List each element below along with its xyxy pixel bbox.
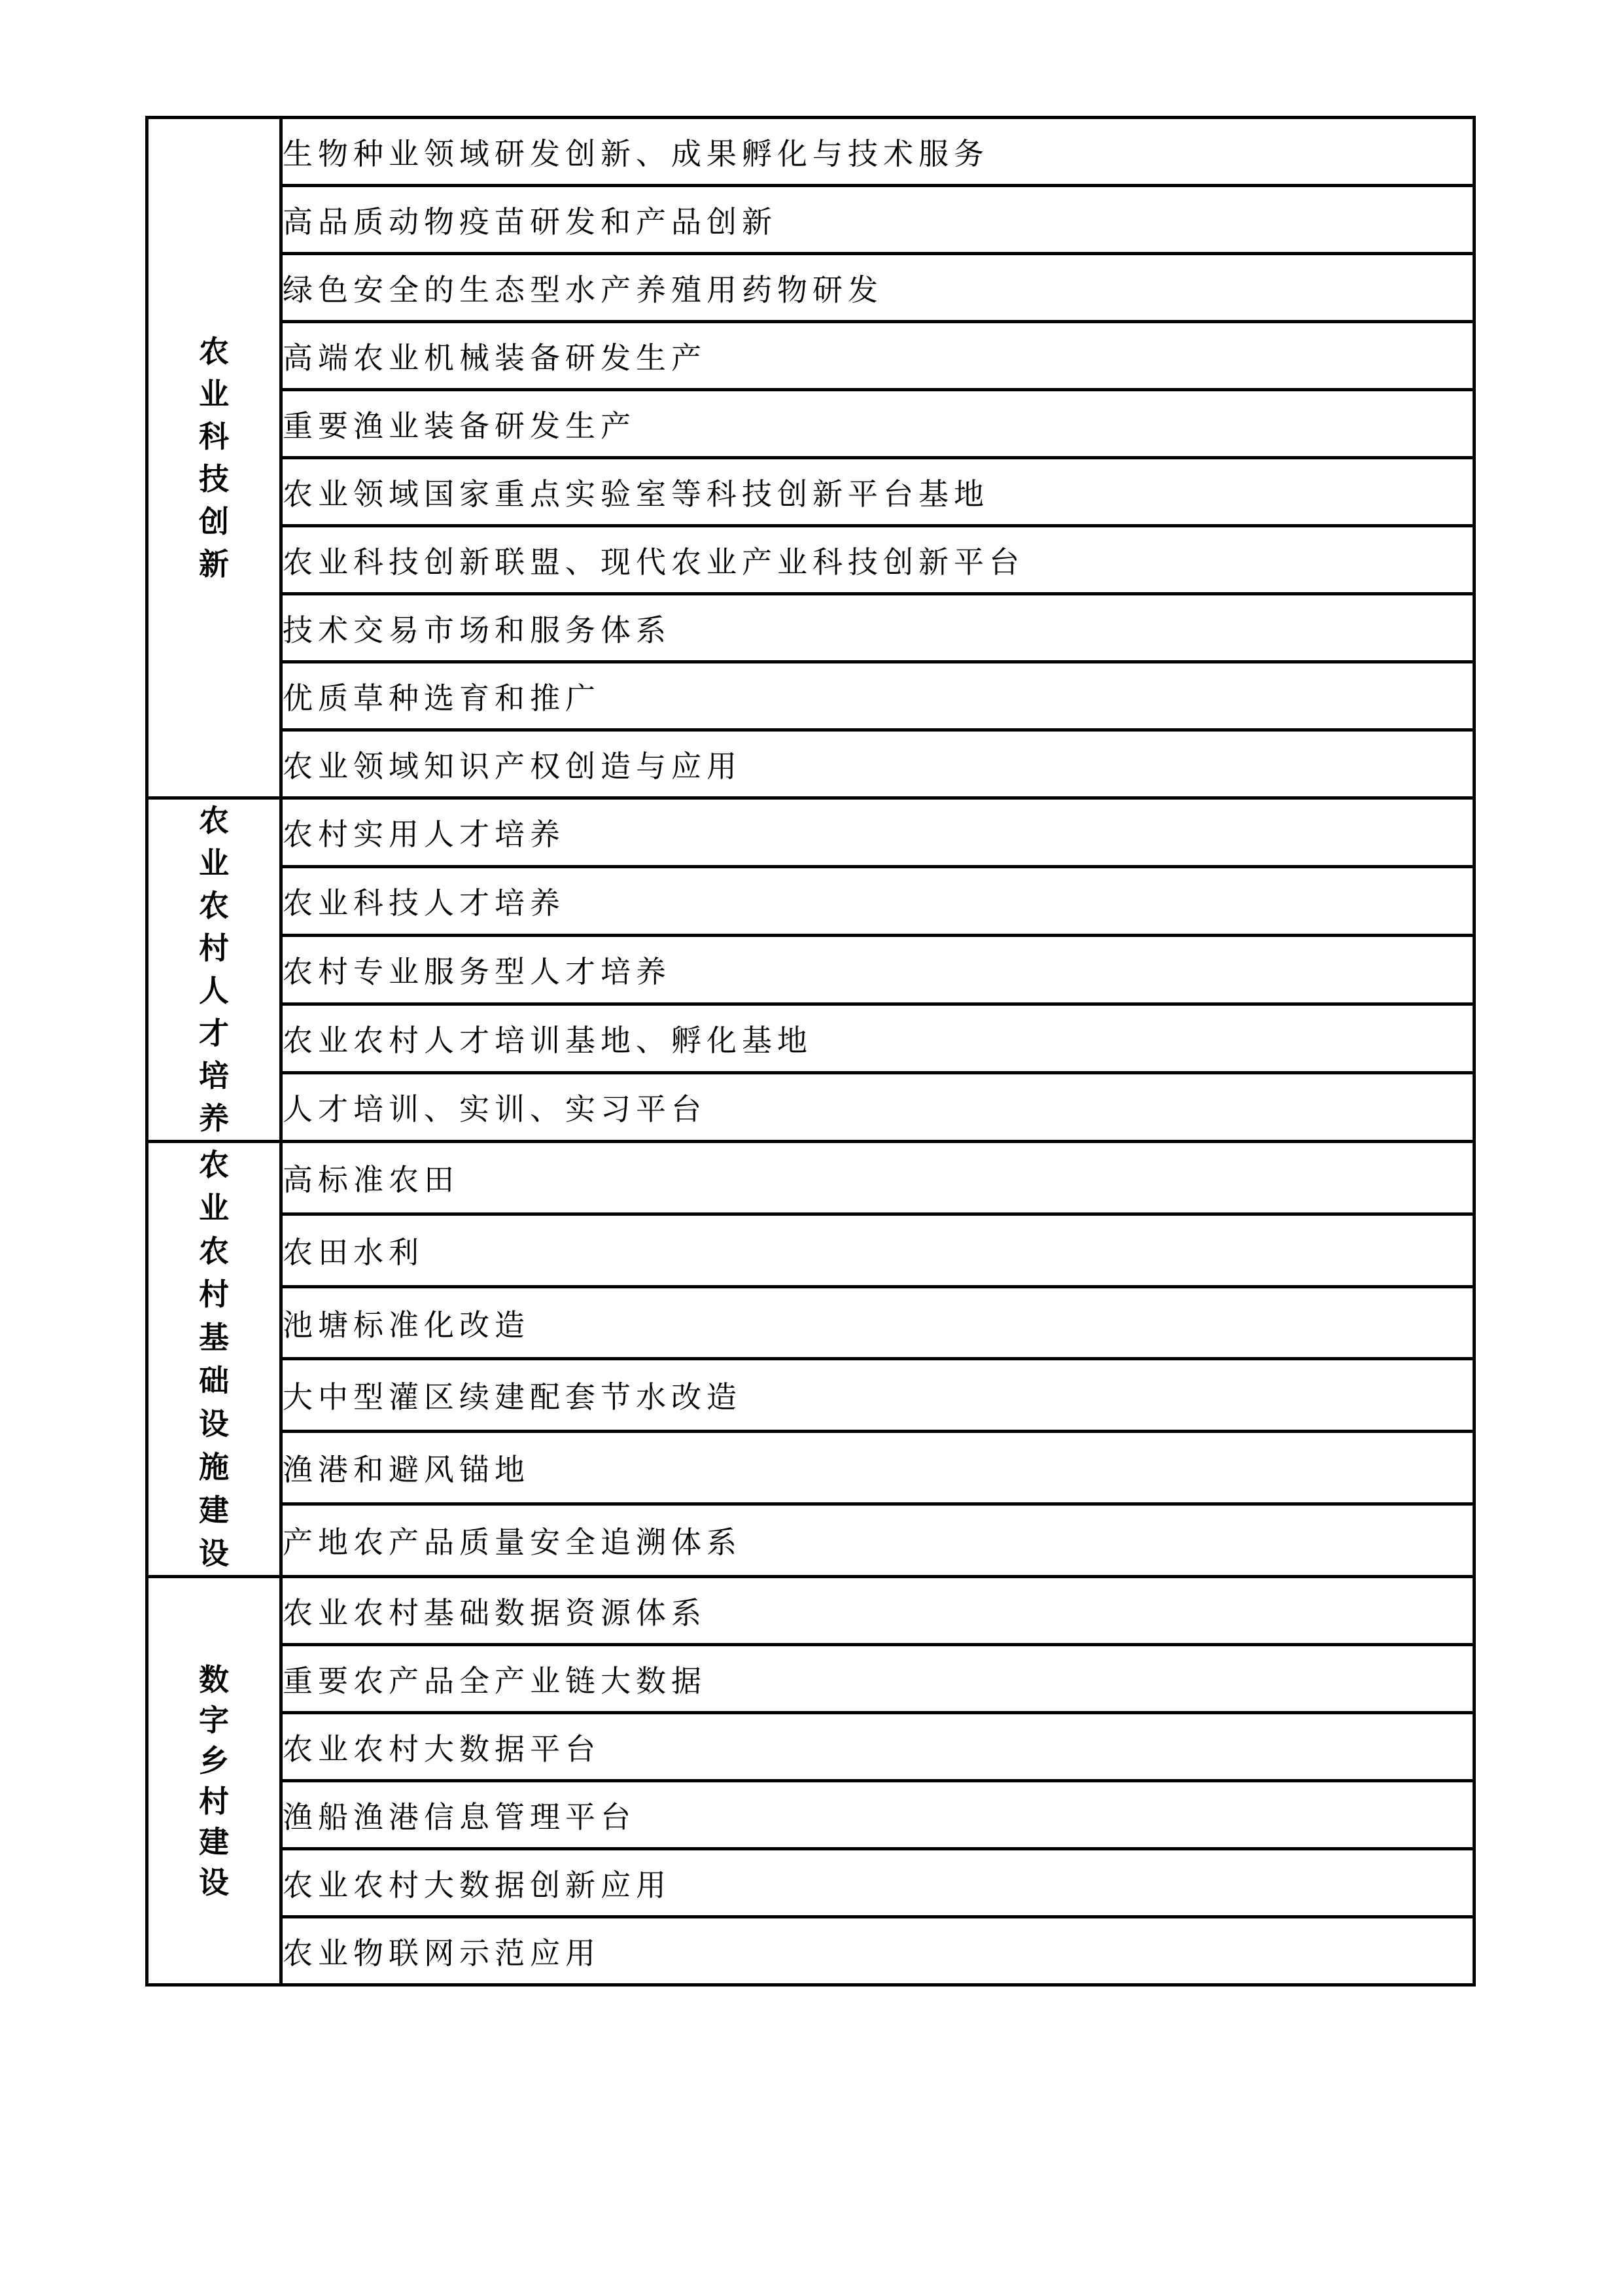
table-row: 农业农村人才培训基地、孵化基地 [147,1004,1475,1073]
item-cell: 大中型灌区续建配套节水改造 [281,1359,1475,1432]
category-label: 农业农村人才培养 [194,800,234,1140]
document-page: 农业科技创新生物种业领域研发创新、成果孵化与技术服务高品质动物疫苗研发和产品创新… [0,0,1623,2296]
item-cell: 农业科技人才培养 [281,867,1475,936]
item-cell: 人才培训、实训、实习平台 [281,1073,1475,1142]
category-cell: 数字乡村建设 [147,1577,281,1985]
table-row: 农村专业服务型人才培养 [147,936,1475,1004]
table-row: 高品质动物疫苗研发和产品创新 [147,186,1475,254]
table-row: 技术交易市场和服务体系 [147,594,1475,662]
category-label: 农业农村基础设施建设 [194,1143,234,1575]
item-cell: 农业农村大数据创新应用 [281,1849,1475,1917]
table-row: 农业科技人才培养 [147,867,1475,936]
table-row: 农业科技创新生物种业领域研发创新、成果孵化与技术服务 [147,118,1475,186]
table-row: 农业农村基础设施建设高标准农田 [147,1142,1475,1214]
table-row: 农田水利 [147,1214,1475,1286]
item-cell: 农业领域国家重点实验室等科技创新平台基地 [281,458,1475,526]
table-row: 高端农业机械装备研发生产 [147,322,1475,390]
table-row: 农业科技创新联盟、现代农业产业科技创新平台 [147,526,1475,594]
table-row: 人才培训、实训、实习平台 [147,1073,1475,1142]
item-cell: 高标准农田 [281,1142,1475,1214]
table-row: 数字乡村建设农业农村基础数据资源体系 [147,1577,1475,1645]
table-row: 池塘标准化改造 [147,1286,1475,1359]
item-cell: 高品质动物疫苗研发和产品创新 [281,186,1475,254]
table-row: 渔船渔港信息管理平台 [147,1781,1475,1849]
item-cell: 农业农村大数据平台 [281,1713,1475,1781]
table-row: 农业农村人才培养农村实用人才培养 [147,798,1475,867]
table-row: 农业物联网示范应用 [147,1917,1475,1985]
table-row: 渔港和避风锚地 [147,1432,1475,1504]
category-cell: 农业农村人才培养 [147,798,281,1142]
item-cell: 农业物联网示范应用 [281,1917,1475,1985]
item-cell: 绿色安全的生态型水产养殖用药物研发 [281,254,1475,322]
item-cell: 农村专业服务型人才培养 [281,936,1475,1004]
item-cell: 优质草种选育和推广 [281,662,1475,730]
item-cell: 池塘标准化改造 [281,1286,1475,1359]
item-cell: 农业农村基础数据资源体系 [281,1577,1475,1645]
category-label: 数字乡村建设 [194,1659,234,1903]
category-label: 农业科技创新 [194,330,234,586]
item-cell: 重要渔业装备研发生产 [281,390,1475,458]
table-row: 重要农产品全产业链大数据 [147,1645,1475,1713]
item-cell: 农田水利 [281,1214,1475,1286]
table-row: 农业农村大数据平台 [147,1713,1475,1781]
item-cell: 农业农村人才培训基地、孵化基地 [281,1004,1475,1073]
table-row: 重要渔业装备研发生产 [147,390,1475,458]
table-row: 产地农产品质量安全追溯体系 [147,1504,1475,1577]
item-cell: 技术交易市场和服务体系 [281,594,1475,662]
table-row: 农业领域知识产权创造与应用 [147,730,1475,798]
item-cell: 农业领域知识产权创造与应用 [281,730,1475,798]
category-table: 农业科技创新生物种业领域研发创新、成果孵化与技术服务高品质动物疫苗研发和产品创新… [145,116,1476,1987]
item-cell: 高端农业机械装备研发生产 [281,322,1475,390]
table-row: 农业领域国家重点实验室等科技创新平台基地 [147,458,1475,526]
table-row: 农业农村大数据创新应用 [147,1849,1475,1917]
table-row: 优质草种选育和推广 [147,662,1475,730]
table-row: 绿色安全的生态型水产养殖用药物研发 [147,254,1475,322]
item-cell: 渔船渔港信息管理平台 [281,1781,1475,1849]
item-cell: 农业科技创新联盟、现代农业产业科技创新平台 [281,526,1475,594]
category-cell: 农业科技创新 [147,118,281,798]
category-cell: 农业农村基础设施建设 [147,1142,281,1577]
item-cell: 产地农产品质量安全追溯体系 [281,1504,1475,1577]
item-cell: 重要农产品全产业链大数据 [281,1645,1475,1713]
item-cell: 农村实用人才培养 [281,798,1475,867]
item-cell: 生物种业领域研发创新、成果孵化与技术服务 [281,118,1475,186]
item-cell: 渔港和避风锚地 [281,1432,1475,1504]
table-row: 大中型灌区续建配套节水改造 [147,1359,1475,1432]
